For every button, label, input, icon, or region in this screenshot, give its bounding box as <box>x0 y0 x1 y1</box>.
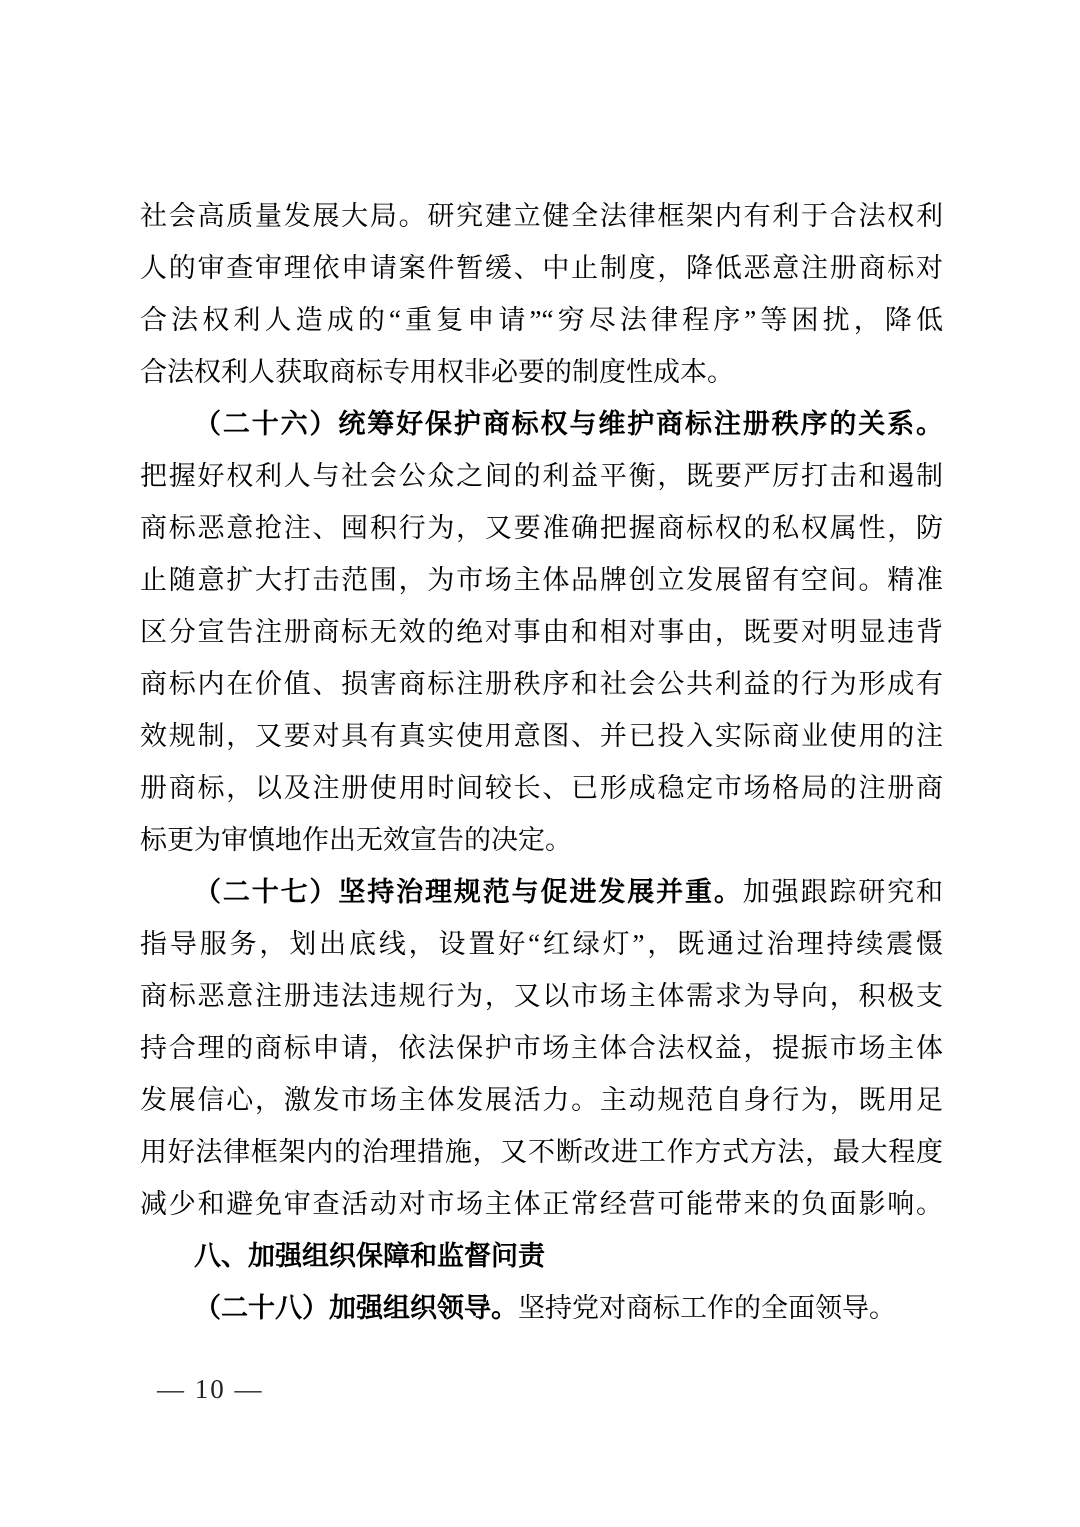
text-segment: 持合理的商标申请，依法保护市场主体合法权益，提振市场主体 <box>140 1033 943 1063</box>
section-heading-8: 八、加强组织保障和监督问责 <box>140 1230 943 1282</box>
text-segment: 合法权利人造成的“重复申请”“穷尽法律程序”等困扰，降低 <box>140 305 943 335</box>
paragraph-article-27: （二十七）坚持治理规范与促进发展并重。加强跟踪研究和 指导服务，划出底线，设置好… <box>140 866 943 1230</box>
text-segment: 册商标，以及注册使用时间较长、已形成稳定市场格局的注册商 <box>140 773 943 803</box>
text-segment: 减少和避免审查活动对市场主体正常经营可能带来的负面影响。 <box>140 1189 943 1219</box>
article-26-title: （二十六）统筹好保护商标权与维护商标注册秩序的关系。 <box>194 409 943 439</box>
article-28-title: （二十八）加强组织领导。 <box>194 1293 518 1323</box>
text-line: 指导服务，划出底线，设置好“红绿灯”，既通过治理持续震慑 <box>140 918 943 970</box>
text-line: 商标恶意注册违法违规行为，又以市场主体需求为导向，积极支 <box>140 970 943 1022</box>
paragraph-continuation: 社会高质量发展大局。研究建立健全法律框架内有利于合法权利 人的审查审理依申请案件… <box>140 190 943 398</box>
text-line: 标更为审慎地作出无效宣告的决定。 <box>140 814 943 866</box>
text-line: 商标内在价值、损害商标注册秩序和社会公共利益的行为形成有 <box>140 658 943 710</box>
text-segment: 合法权利人获取商标专用权非必要的制度性成本。 <box>140 357 734 387</box>
text-segment: 坚持党对商标工作的全面领导。 <box>518 1293 896 1323</box>
text-line: （二十七）坚持治理规范与促进发展并重。加强跟踪研究和 <box>140 866 943 918</box>
text-line: 八、加强组织保障和监督问责 <box>140 1230 943 1282</box>
text-line: 册商标，以及注册使用时间较长、已形成稳定市场格局的注册商 <box>140 762 943 814</box>
text-segment: 社会高质量发展大局。研究建立健全法律框架内有利于合法权利 <box>140 201 943 231</box>
text-segment: 止随意扩大打击范围，为市场主体品牌创立发展留有空间。精准 <box>140 565 943 595</box>
text-line: 人的审查审理依申请案件暂缓、中止制度，降低恶意注册商标对 <box>140 242 943 294</box>
text-line: 效规制，又要对具有真实使用意图、并已投入实际商业使用的注 <box>140 710 943 762</box>
text-line: 合法权利人获取商标专用权非必要的制度性成本。 <box>140 346 943 398</box>
text-segment: 商标内在价值、损害商标注册秩序和社会公共利益的行为形成有 <box>140 669 943 699</box>
text-line: （二十八）加强组织领导。坚持党对商标工作的全面领导。 <box>140 1282 943 1334</box>
text-segment: 效规制，又要对具有真实使用意图、并已投入实际商业使用的注 <box>140 721 943 751</box>
document-body: 社会高质量发展大局。研究建立健全法律框架内有利于合法权利 人的审查审理依申请案件… <box>140 190 943 1334</box>
text-line: 持合理的商标申请，依法保护市场主体合法权益，提振市场主体 <box>140 1022 943 1074</box>
text-segment: 发展信心，激发市场主体发展活力。主动规范自身行为，既用足 <box>140 1085 943 1115</box>
text-line: 减少和避免审查活动对市场主体正常经营可能带来的负面影响。 <box>140 1178 943 1230</box>
paragraph-article-28: （二十八）加强组织领导。坚持党对商标工作的全面领导。 <box>140 1282 943 1334</box>
text-segment: 用好法律框架内的治理措施，又不断改进工作方式方法，最大程度 <box>140 1137 943 1167</box>
text-segment: 指导服务，划出底线，设置好“红绿灯”，既通过治理持续震慑 <box>140 929 943 959</box>
text-segment: 人的审查审理依申请案件暂缓、中止制度，降低恶意注册商标对 <box>140 253 943 283</box>
text-line: 商标恶意抢注、囤积行为，又要准确把握商标权的私权属性，防 <box>140 502 943 554</box>
text-line: 区分宣告注册商标无效的绝对事由和相对事由，既要对明显违背 <box>140 606 943 658</box>
text-segment: 商标恶意抢注、囤积行为，又要准确把握商标权的私权属性，防 <box>140 513 943 543</box>
text-segment: 区分宣告注册商标无效的绝对事由和相对事由，既要对明显违背 <box>140 617 943 647</box>
page-number: — 10 — <box>157 1374 264 1404</box>
text-line: 社会高质量发展大局。研究建立健全法律框架内有利于合法权利 <box>140 190 943 242</box>
document-page: 社会高质量发展大局。研究建立健全法律框架内有利于合法权利 人的审查审理依申请案件… <box>0 0 1080 1527</box>
text-segment: 商标恶意注册违法违规行为，又以市场主体需求为导向，积极支 <box>140 981 943 1011</box>
text-line: 发展信心，激发市场主体发展活力。主动规范自身行为，既用足 <box>140 1074 943 1126</box>
text-segment: 把握好权利人与社会公众之间的利益平衡，既要严厉打击和遏制 <box>140 461 943 491</box>
text-segment: 加强跟踪研究和 <box>743 877 943 907</box>
text-line: 把握好权利人与社会公众之间的利益平衡，既要严厉打击和遏制 <box>140 450 943 502</box>
text-line: （二十六）统筹好保护商标权与维护商标注册秩序的关系。 <box>140 398 943 450</box>
text-segment: 标更为审慎地作出无效宣告的决定。 <box>140 825 572 855</box>
article-27-title: （二十七）坚持治理规范与促进发展并重。 <box>194 877 743 907</box>
section-8-heading-text: 八、加强组织保障和监督问责 <box>194 1241 545 1271</box>
text-line: 用好法律框架内的治理措施，又不断改进工作方式方法，最大程度 <box>140 1126 943 1178</box>
text-line: 合法权利人造成的“重复申请”“穷尽法律程序”等困扰，降低 <box>140 294 943 346</box>
text-line: 止随意扩大打击范围，为市场主体品牌创立发展留有空间。精准 <box>140 554 943 606</box>
paragraph-article-26: （二十六）统筹好保护商标权与维护商标注册秩序的关系。 把握好权利人与社会公众之间… <box>140 398 943 866</box>
